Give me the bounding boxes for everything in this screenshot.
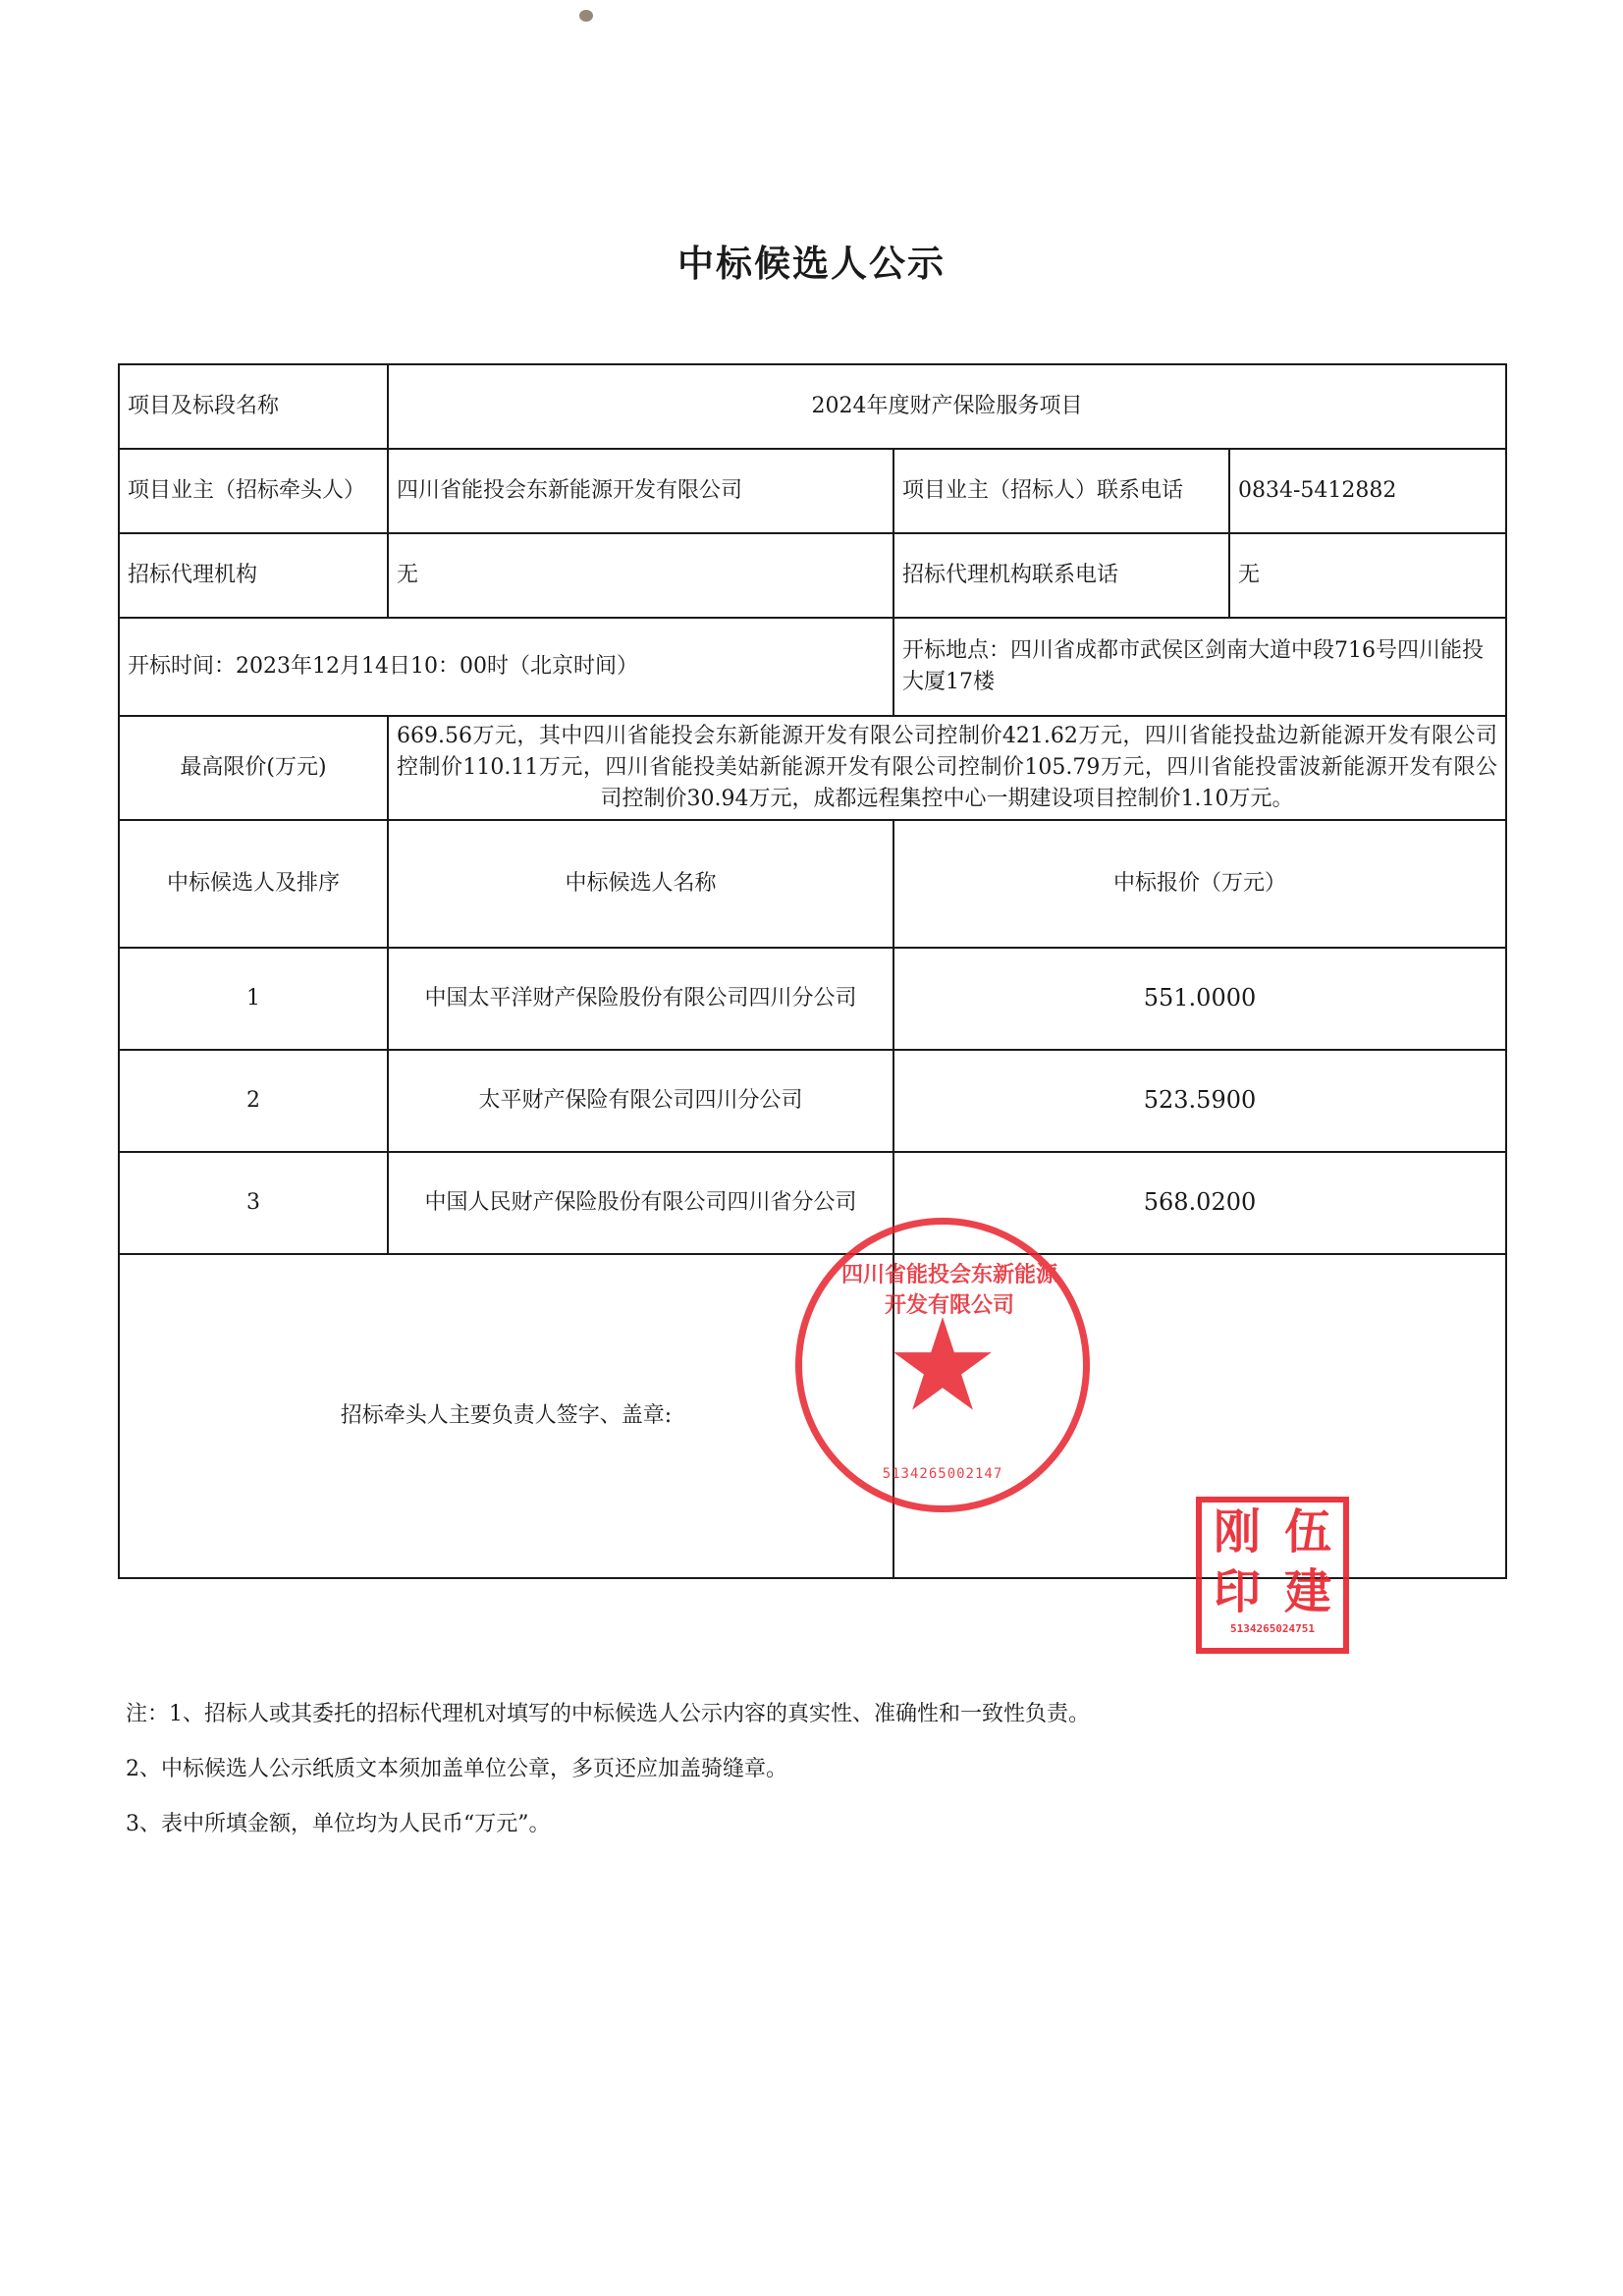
table-row: 1 中国太平洋财产保险股份有限公司四川分公司 551.0000: [119, 948, 1506, 1050]
max-price-label: 最高限价(万元): [119, 716, 388, 820]
signature-area: [893, 1254, 1506, 1578]
row-agency: 招标代理机构 无 招标代理机构联系电话 无: [119, 533, 1506, 618]
candidate-name: 太平财产保险有限公司四川分公司: [388, 1050, 893, 1152]
max-price-value: 669.56万元，其中四川省能投会东新能源开发有限公司控制价421.62万元，四…: [388, 716, 1506, 820]
candidate-name: 中国人民财产保险股份有限公司四川省分公司: [388, 1152, 893, 1254]
candidate-price: 523.5900: [893, 1050, 1506, 1152]
owner-label: 项目业主（招标牵头人）: [119, 449, 388, 533]
candidate-rank: 3: [119, 1152, 388, 1254]
agency-label: 招标代理机构: [119, 533, 388, 618]
notes: 注：1、招标人或其委托的招标代理机对填写的中标候选人公示内容的真实性、准确性和一…: [126, 1687, 1090, 1852]
open-place: 开标地点：四川省成都市武侯区剑南大道中段716号四川能投大厦17楼: [893, 618, 1506, 716]
row-signature: 招标牵头人主要负责人签字、盖章:: [119, 1254, 1506, 1578]
scan-speck: [579, 10, 593, 22]
project-label: 项目及标段名称: [119, 364, 388, 449]
table-row: 3 中国人民财产保险股份有限公司四川省分公司 568.0200: [119, 1152, 1506, 1254]
candidate-name: 中国太平洋财产保险股份有限公司四川分公司: [388, 948, 893, 1050]
row-max-price: 最高限价(万元) 669.56万元，其中四川省能投会东新能源开发有限公司控制价4…: [119, 716, 1506, 820]
note-item: 3、表中所填金额，单位均为人民币“万元”。: [126, 1797, 1090, 1852]
row-project: 项目及标段名称 2024年度财产保险服务项目: [119, 364, 1506, 449]
signature-label: 招标牵头人主要负责人签字、盖章:: [119, 1254, 893, 1578]
note-item: 2、中标候选人公示纸质文本须加盖单位公章，多页还应加盖骑缝章。: [126, 1742, 1090, 1797]
candidates-header-row: 中标候选人及排序 中标候选人名称 中标报价（万元）: [119, 820, 1506, 948]
page-title: 中标候选人公示: [0, 234, 1623, 287]
agency-phone-value: 无: [1229, 533, 1506, 618]
project-value: 2024年度财产保险服务项目: [388, 364, 1506, 449]
candidate-rank: 1: [119, 948, 388, 1050]
agency-value: 无: [388, 533, 893, 618]
table-row: 2 太平财产保险有限公司四川分公司 523.5900: [119, 1050, 1506, 1152]
row-owner: 项目业主（招标牵头人） 四川省能投会东新能源开发有限公司 项目业主（招标人）联系…: [119, 449, 1506, 533]
header-name: 中标候选人名称: [388, 820, 893, 948]
candidate-price: 568.0200: [893, 1152, 1506, 1254]
note-item: 注：1、招标人或其委托的招标代理机对填写的中标候选人公示内容的真实性、准确性和一…: [126, 1687, 1090, 1742]
announcement-table: 项目及标段名称 2024年度财产保险服务项目 项目业主（招标牵头人） 四川省能投…: [118, 363, 1507, 1579]
seal-code: 5134265024751: [1202, 1622, 1343, 1635]
header-rank: 中标候选人及排序: [119, 820, 388, 948]
row-opening: 开标时间：2023年12月14日10：00时（北京时间） 开标地点：四川省成都市…: [119, 618, 1506, 716]
candidate-price: 551.0000: [893, 948, 1506, 1050]
header-price: 中标报价（万元）: [893, 820, 1506, 948]
agency-phone-label: 招标代理机构联系电话: [893, 533, 1229, 618]
candidate-rank: 2: [119, 1050, 388, 1152]
owner-value: 四川省能投会东新能源开发有限公司: [388, 449, 893, 533]
open-time: 开标时间：2023年12月14日10：00时（北京时间）: [119, 618, 893, 716]
owner-phone-label: 项目业主（招标人）联系电话: [893, 449, 1229, 533]
owner-phone-value: 0834-5412882: [1229, 449, 1506, 533]
